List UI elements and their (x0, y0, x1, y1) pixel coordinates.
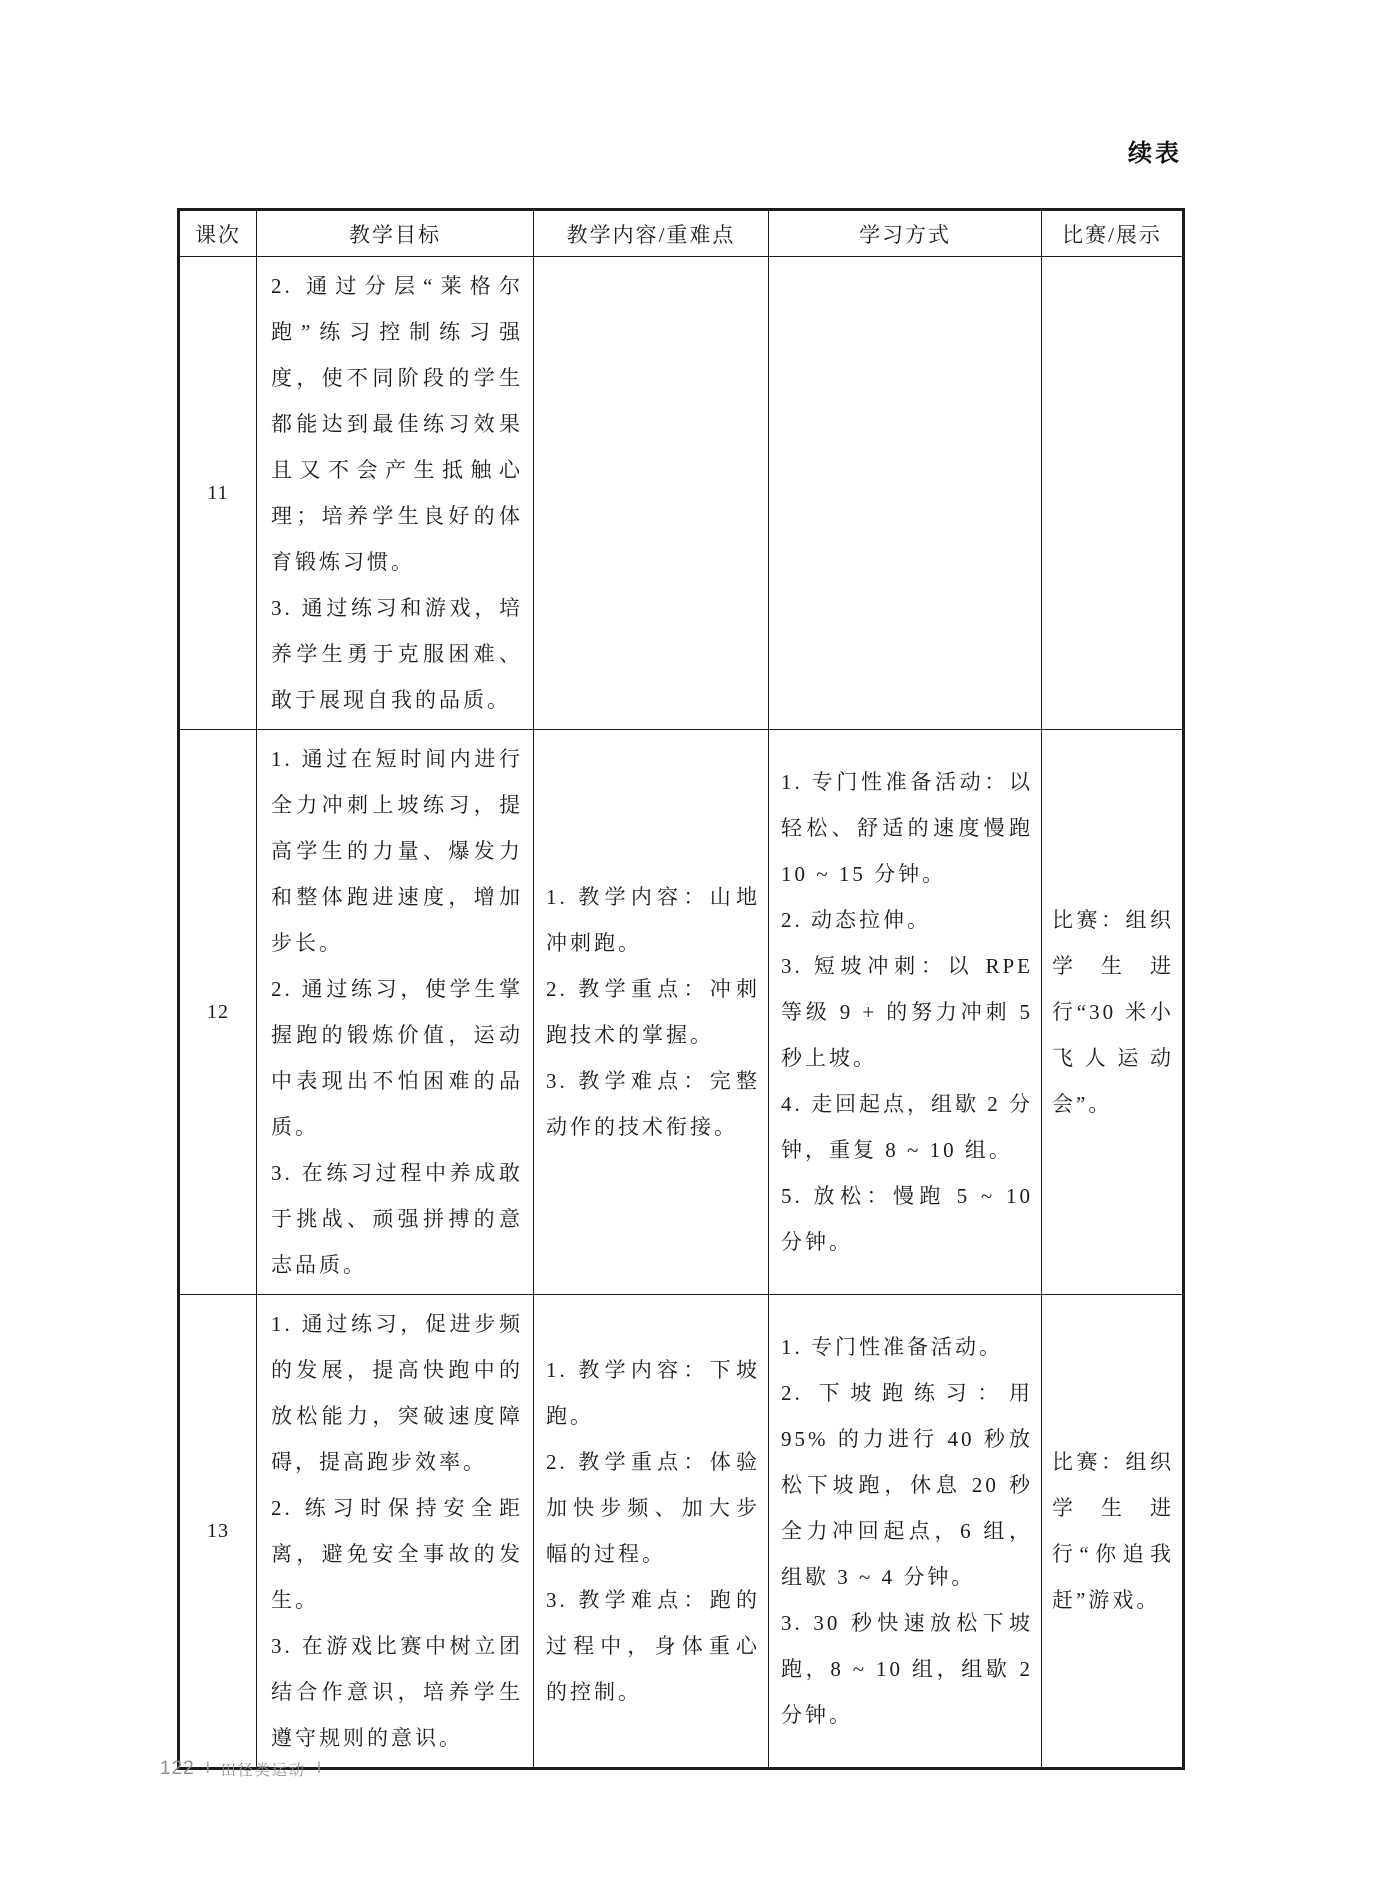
lesson-11-competition (1042, 257, 1184, 730)
lesson-13-methods: 1. 专门性准备活动。 2. 下坡跑练习：用 95% 的力进行 40 秒放松下坡… (769, 1295, 1042, 1769)
header-competition: 比赛/展示 (1042, 210, 1184, 257)
header-objectives: 教学目标 (257, 210, 534, 257)
lesson-11-objectives: 2. 通过分层“莱格尔跑”练习控制练习强度，使不同阶段的学生都能达到最佳练习效果… (257, 257, 534, 730)
table-row-lesson-12: 12 1. 通过在短时间内进行全力冲刺上坡练习，提高学生的力量、爆发力和整体跑进… (179, 730, 1184, 1295)
table-row-lesson-13: 13 1. 通过练习，促进步频的发展，提高快跑中的放松能力，突破速度障碍，提高跑… (179, 1295, 1184, 1769)
footer-divider: ǀ (206, 1760, 210, 1778)
page-footer: 122 ǀ 田径类运动 ǀ (160, 1758, 321, 1780)
lesson-12-competition: 比赛：组织学生进行“30 米小飞人运动会”。 (1042, 730, 1184, 1295)
lesson-12-methods: 1. 专门性准备活动：以轻松、舒适的速度慢跑 10 ~ 15 分钟。 2. 动态… (769, 730, 1042, 1295)
header-lesson-no: 课次 (179, 210, 257, 257)
footer-divider-end: ǀ (317, 1760, 321, 1778)
lesson-13-content: 1. 教学内容：下坡跑。 2. 教学重点：体验加快步频、加大步幅的过程。 3. … (534, 1295, 769, 1769)
lesson-12-objectives: 1. 通过在短时间内进行全力冲刺上坡练习，提高学生的力量、爆发力和整体跑进速度，… (257, 730, 534, 1295)
lesson-13-competition: 比赛：组织学生进行“你追我赶”游戏。 (1042, 1295, 1184, 1769)
lesson-12-content: 1. 教学内容：山地冲刺跑。 2. 教学重点：冲刺跑技术的掌握。 3. 教学难点… (534, 730, 769, 1295)
continuation-table-label: 续表 (177, 133, 1182, 168)
header-content-points: 教学内容/重难点 (534, 210, 769, 257)
header-methods: 学习方式 (769, 210, 1042, 257)
lesson-11-methods (769, 257, 1042, 730)
page-number: 122 (160, 1758, 195, 1780)
footer-book-section: 田径类运动 (221, 1759, 306, 1780)
lesson-13-objectives: 1. 通过练习，促进步频的发展，提高快跑中的放松能力，突破速度障碍，提高跑步效率… (257, 1295, 534, 1769)
lesson-11-content (534, 257, 769, 730)
table-header-row: 课次 教学目标 教学内容/重难点 学习方式 比赛/展示 (179, 210, 1184, 257)
table-row-lesson-11: 11 2. 通过分层“莱格尔跑”练习控制练习强度，使不同阶段的学生都能达到最佳练… (179, 257, 1184, 730)
lesson-11-number: 11 (179, 257, 257, 730)
lesson-plan-table: 课次 教学目标 教学内容/重难点 学习方式 比赛/展示 11 2. 通过分层“莱… (177, 208, 1185, 1770)
lesson-13-number: 13 (179, 1295, 257, 1769)
lesson-12-number: 12 (179, 730, 257, 1295)
